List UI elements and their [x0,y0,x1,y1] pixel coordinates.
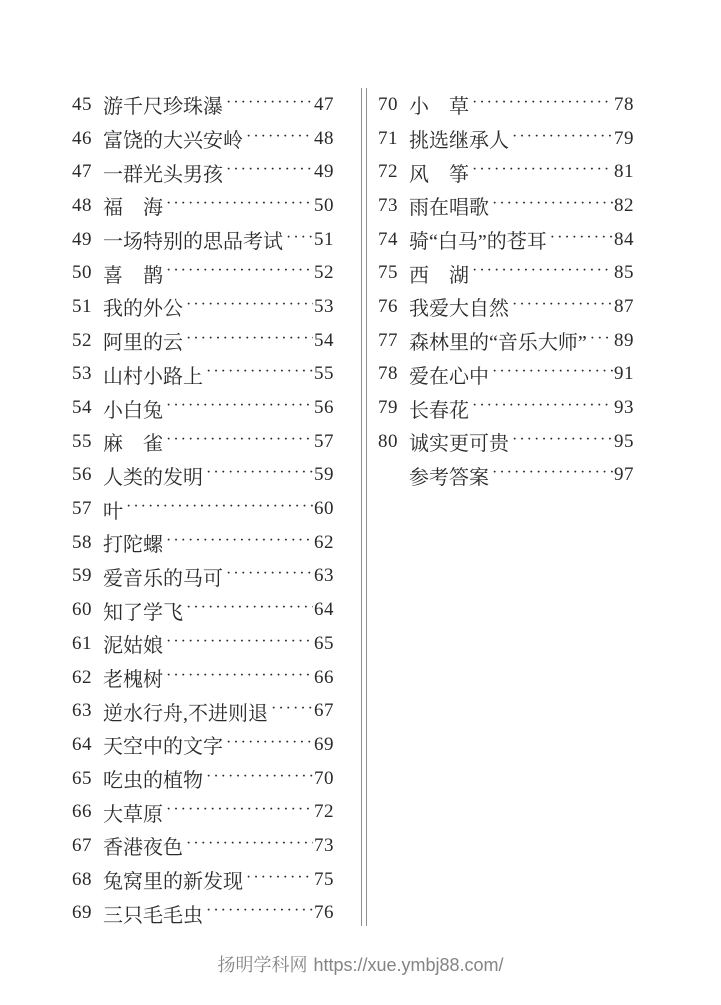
entry-number: 71 [378,128,409,150]
entry-number: 56 [72,464,103,486]
toc-entry: 77森林里的“音乐大师”····························… [378,324,634,358]
column-divider [361,88,367,926]
entry-page: 93 [614,397,634,419]
dot-leader: ········································… [206,768,313,786]
dot-leader: ········································… [472,262,613,280]
entry-title: 天空中的文字 [103,730,223,759]
entry-number: 50 [72,262,103,284]
toc-page: 45游千尺珍珠瀑································… [0,0,721,1005]
dot-leader: ········································… [286,229,313,247]
entry-page: 87 [614,296,634,318]
dot-leader: ········································… [186,296,313,314]
entry-title: 长春花 [409,394,469,423]
entry-page: 75 [314,869,334,891]
entry-title: 大草原 [103,798,163,827]
entry-page: 91 [614,363,634,385]
entry-number: 67 [72,835,103,857]
dot-leader: ········································… [226,734,313,752]
entry-page: 62 [314,532,334,554]
entry-number: 80 [378,431,409,453]
dot-leader: ········································… [186,599,313,617]
entry-number: 60 [72,599,103,621]
entry-title: 逆水行舟,不进则退 [103,697,268,726]
entry-title: 三只毛毛虫 [103,899,203,928]
toc-entry: 48福 海···································… [72,189,334,223]
entry-title: 挑选继承人 [409,124,509,153]
entry-number: 61 [72,633,103,655]
entry-number: 74 [378,229,409,251]
entry-page: 55 [314,363,334,385]
dot-leader: ········································… [246,128,313,146]
toc-entry: 74骑“白马”的苍耳······························… [378,223,634,257]
toc-entry: 58打陀螺···································… [72,526,334,560]
entry-page: 78 [614,94,634,116]
entry-title: 参考答案 [409,461,489,490]
toc-entry: 54小白兔···································… [72,391,334,425]
dot-leader: ········································… [590,330,613,348]
entry-page: 79 [614,128,634,150]
entry-page: 57 [314,431,334,453]
entry-page: 85 [614,262,634,284]
entry-title: 泥姑娘 [103,629,163,658]
dot-leader: ········································… [472,397,613,415]
entry-number: 46 [72,128,103,150]
toc-entry: 63逆水行舟,不进则退·····························… [72,694,334,728]
entry-title: 吃虫的植物 [103,764,203,793]
toc-entry: 69三只毛毛虫·································… [72,897,334,931]
entry-number: 72 [378,161,409,183]
toc-entry: 68兔窝里的新发现·······························… [72,863,334,897]
dot-leader: ········································… [271,700,313,718]
toc-entry: 73雨在唱歌··································… [378,189,634,223]
dot-leader: ········································… [166,667,313,685]
toc-entry: 64天空中的文字································… [72,728,334,762]
toc-entry: 46富饶的大兴安岭·······························… [72,122,334,156]
entry-page: 47 [314,94,334,116]
dot-leader: ········································… [166,195,313,213]
entry-number: 53 [72,363,103,385]
dot-leader: ········································… [246,869,313,887]
entry-title: 西 湖 [409,259,469,288]
toc-left-column: 45游千尺珍珠瀑································… [72,88,334,930]
entry-title: 喜 鹊 [103,259,163,288]
entry-page: 73 [314,835,334,857]
dot-leader: ········································… [166,633,313,651]
footer-url: https://xue.ymbj88.com/ [313,955,503,975]
entry-number: 77 [378,330,409,352]
toc-entry: 75西 湖···································… [378,256,634,290]
entry-number: 58 [72,532,103,554]
entry-title: 人类的发明 [103,461,203,490]
dot-leader: ········································… [166,397,313,415]
entry-page: 81 [614,161,634,183]
dot-leader: ········································… [126,498,313,516]
toc-entry: 51我的外公··································… [72,290,334,324]
entry-title: 我的外公 [103,292,183,321]
entry-title: 山村小路上 [103,360,203,389]
dot-leader: ········································… [186,835,313,853]
toc-entry: 50喜 鹊···································… [72,256,334,290]
dot-leader: ········································… [206,464,313,482]
entry-page: 97 [614,464,634,486]
dot-leader: ········································… [512,431,613,449]
entry-title: 叶 [103,495,123,524]
toc-entry: 52阿里的云··································… [72,324,334,358]
entry-title: 知了学飞 [103,596,183,625]
toc-entry: 67香港夜色··································… [72,829,334,863]
toc-entry: 55麻 雀···································… [72,425,334,459]
entry-number: 55 [72,431,103,453]
entry-title: 老槐树 [103,663,163,692]
entry-page: 66 [314,667,334,689]
dot-leader: ········································… [166,262,313,280]
entry-page: 52 [314,262,334,284]
entry-number: 70 [378,94,409,116]
entry-page: 69 [314,734,334,756]
footer-watermark: 扬明学科网https://xue.ymbj88.com/ [0,951,721,977]
toc-entry: 66大草原···································… [72,795,334,829]
dot-leader: ········································… [226,161,313,179]
entry-page: 59 [314,464,334,486]
entry-title: 雨在唱歌 [409,191,489,220]
toc-entry: 79长春花···································… [378,391,634,425]
dot-leader: ········································… [512,296,613,314]
entry-title: 我爱大自然 [409,292,509,321]
entry-number: 73 [378,195,409,217]
entry-page: 48 [314,128,334,150]
toc-entry: 70小 草···································… [378,88,634,122]
dot-leader: ········································… [492,363,613,381]
entry-number: 63 [72,700,103,722]
entry-page: 54 [314,330,334,352]
entry-page: 50 [314,195,334,217]
dot-leader: ········································… [492,464,613,482]
dot-leader: ········································… [472,161,613,179]
entry-page: 76 [314,902,334,924]
entry-page: 89 [614,330,634,352]
entry-page: 53 [314,296,334,318]
dot-leader: ········································… [226,94,313,112]
entry-number: 51 [72,296,103,318]
entry-page: 64 [314,599,334,621]
entry-page: 63 [314,565,334,587]
entry-title: 爱在心中 [409,360,489,389]
entry-number: 57 [72,498,103,520]
entry-page: 67 [314,700,334,722]
toc-entry: 57叶·····································… [72,492,334,526]
entry-title: 福 海 [103,191,163,220]
dot-leader: ········································… [512,128,613,146]
toc-entry: 56人类的发明·································… [72,459,334,493]
entry-title: 阿里的云 [103,326,183,355]
entry-title: 香港夜色 [103,831,183,860]
toc-entry: 72风 筝···································… [378,155,634,189]
toc-entry: 59爱音乐的马可································… [72,560,334,594]
dot-leader: ········································… [206,363,313,381]
toc-right-column: 70小 草···································… [378,88,634,492]
entry-title: 森林里的“音乐大师” [409,326,587,355]
toc-entry: 53山村小路上·································… [72,358,334,392]
toc-entry: 62老槐树···································… [72,661,334,695]
entry-number: 65 [72,768,103,790]
entry-page: 56 [314,397,334,419]
entry-number: 49 [72,229,103,251]
entry-number: 79 [378,397,409,419]
toc-entry: 49一场特别的思品考试·····························… [72,223,334,257]
entry-number: 66 [72,801,103,823]
entry-page: 72 [314,801,334,823]
entry-number: 64 [72,734,103,756]
entry-title: 风 筝 [409,158,469,187]
entry-title: 小白兔 [103,394,163,423]
entry-title: 兔窝里的新发现 [103,865,243,894]
entry-title: 骑“白马”的苍耳 [409,225,547,254]
entry-title: 富饶的大兴安岭 [103,124,243,153]
entry-number: 76 [378,296,409,318]
toc-entry: 71挑选继承人·································… [378,122,634,156]
entry-title: 爱音乐的马可 [103,562,223,591]
entry-number: 47 [72,161,103,183]
toc-entry: 47一群光头男孩································… [72,155,334,189]
toc-entry: 78爱在心中··································… [378,358,634,392]
entry-page: 82 [614,195,634,217]
toc-entry: 65吃虫的植物·································… [72,762,334,796]
entry-title: 游千尺珍珠瀑 [103,90,223,119]
dot-leader: ········································… [186,330,313,348]
entry-page: 70 [314,768,334,790]
dot-leader: ········································… [166,801,313,819]
entry-number: 52 [72,330,103,352]
entry-number: 59 [72,565,103,587]
toc-entry: 45游千尺珍珠瀑································… [72,88,334,122]
entry-page: 95 [614,431,634,453]
dot-leader: ········································… [166,431,313,449]
entry-title: 打陀螺 [103,528,163,557]
toc-entry: 80诚实更可贵·································… [378,425,634,459]
entry-page: 51 [314,229,334,251]
dot-leader: ········································… [492,195,613,213]
toc-entry: 参考答案····································… [378,459,634,493]
entry-page: 84 [614,229,634,251]
dot-leader: ········································… [166,532,313,550]
dot-leader: ········································… [472,94,613,112]
entry-title: 小 草 [409,90,469,119]
entry-number: 62 [72,667,103,689]
entry-number: 78 [378,363,409,385]
entry-title: 麻 雀 [103,427,163,456]
toc-entry: 60知了学飞··································… [72,593,334,627]
entry-number: 45 [72,94,103,116]
entry-number: 68 [72,869,103,891]
toc-entry: 61泥姑娘···································… [72,627,334,661]
toc-entry: 76我爱大自然·································… [378,290,634,324]
entry-number: 54 [72,397,103,419]
entry-number: 48 [72,195,103,217]
footer-site-name: 扬明学科网 [217,955,307,975]
entry-page: 60 [314,498,334,520]
entry-title: 一群光头男孩 [103,158,223,187]
entry-title: 诚实更可贵 [409,427,509,456]
dot-leader: ········································… [206,902,313,920]
entry-number: 69 [72,902,103,924]
dot-leader: ········································… [226,565,313,583]
entry-page: 65 [314,633,334,655]
entry-number: 75 [378,262,409,284]
entry-page: 49 [314,161,334,183]
dot-leader: ········································… [550,229,613,247]
entry-title: 一场特别的思品考试 [103,225,283,254]
